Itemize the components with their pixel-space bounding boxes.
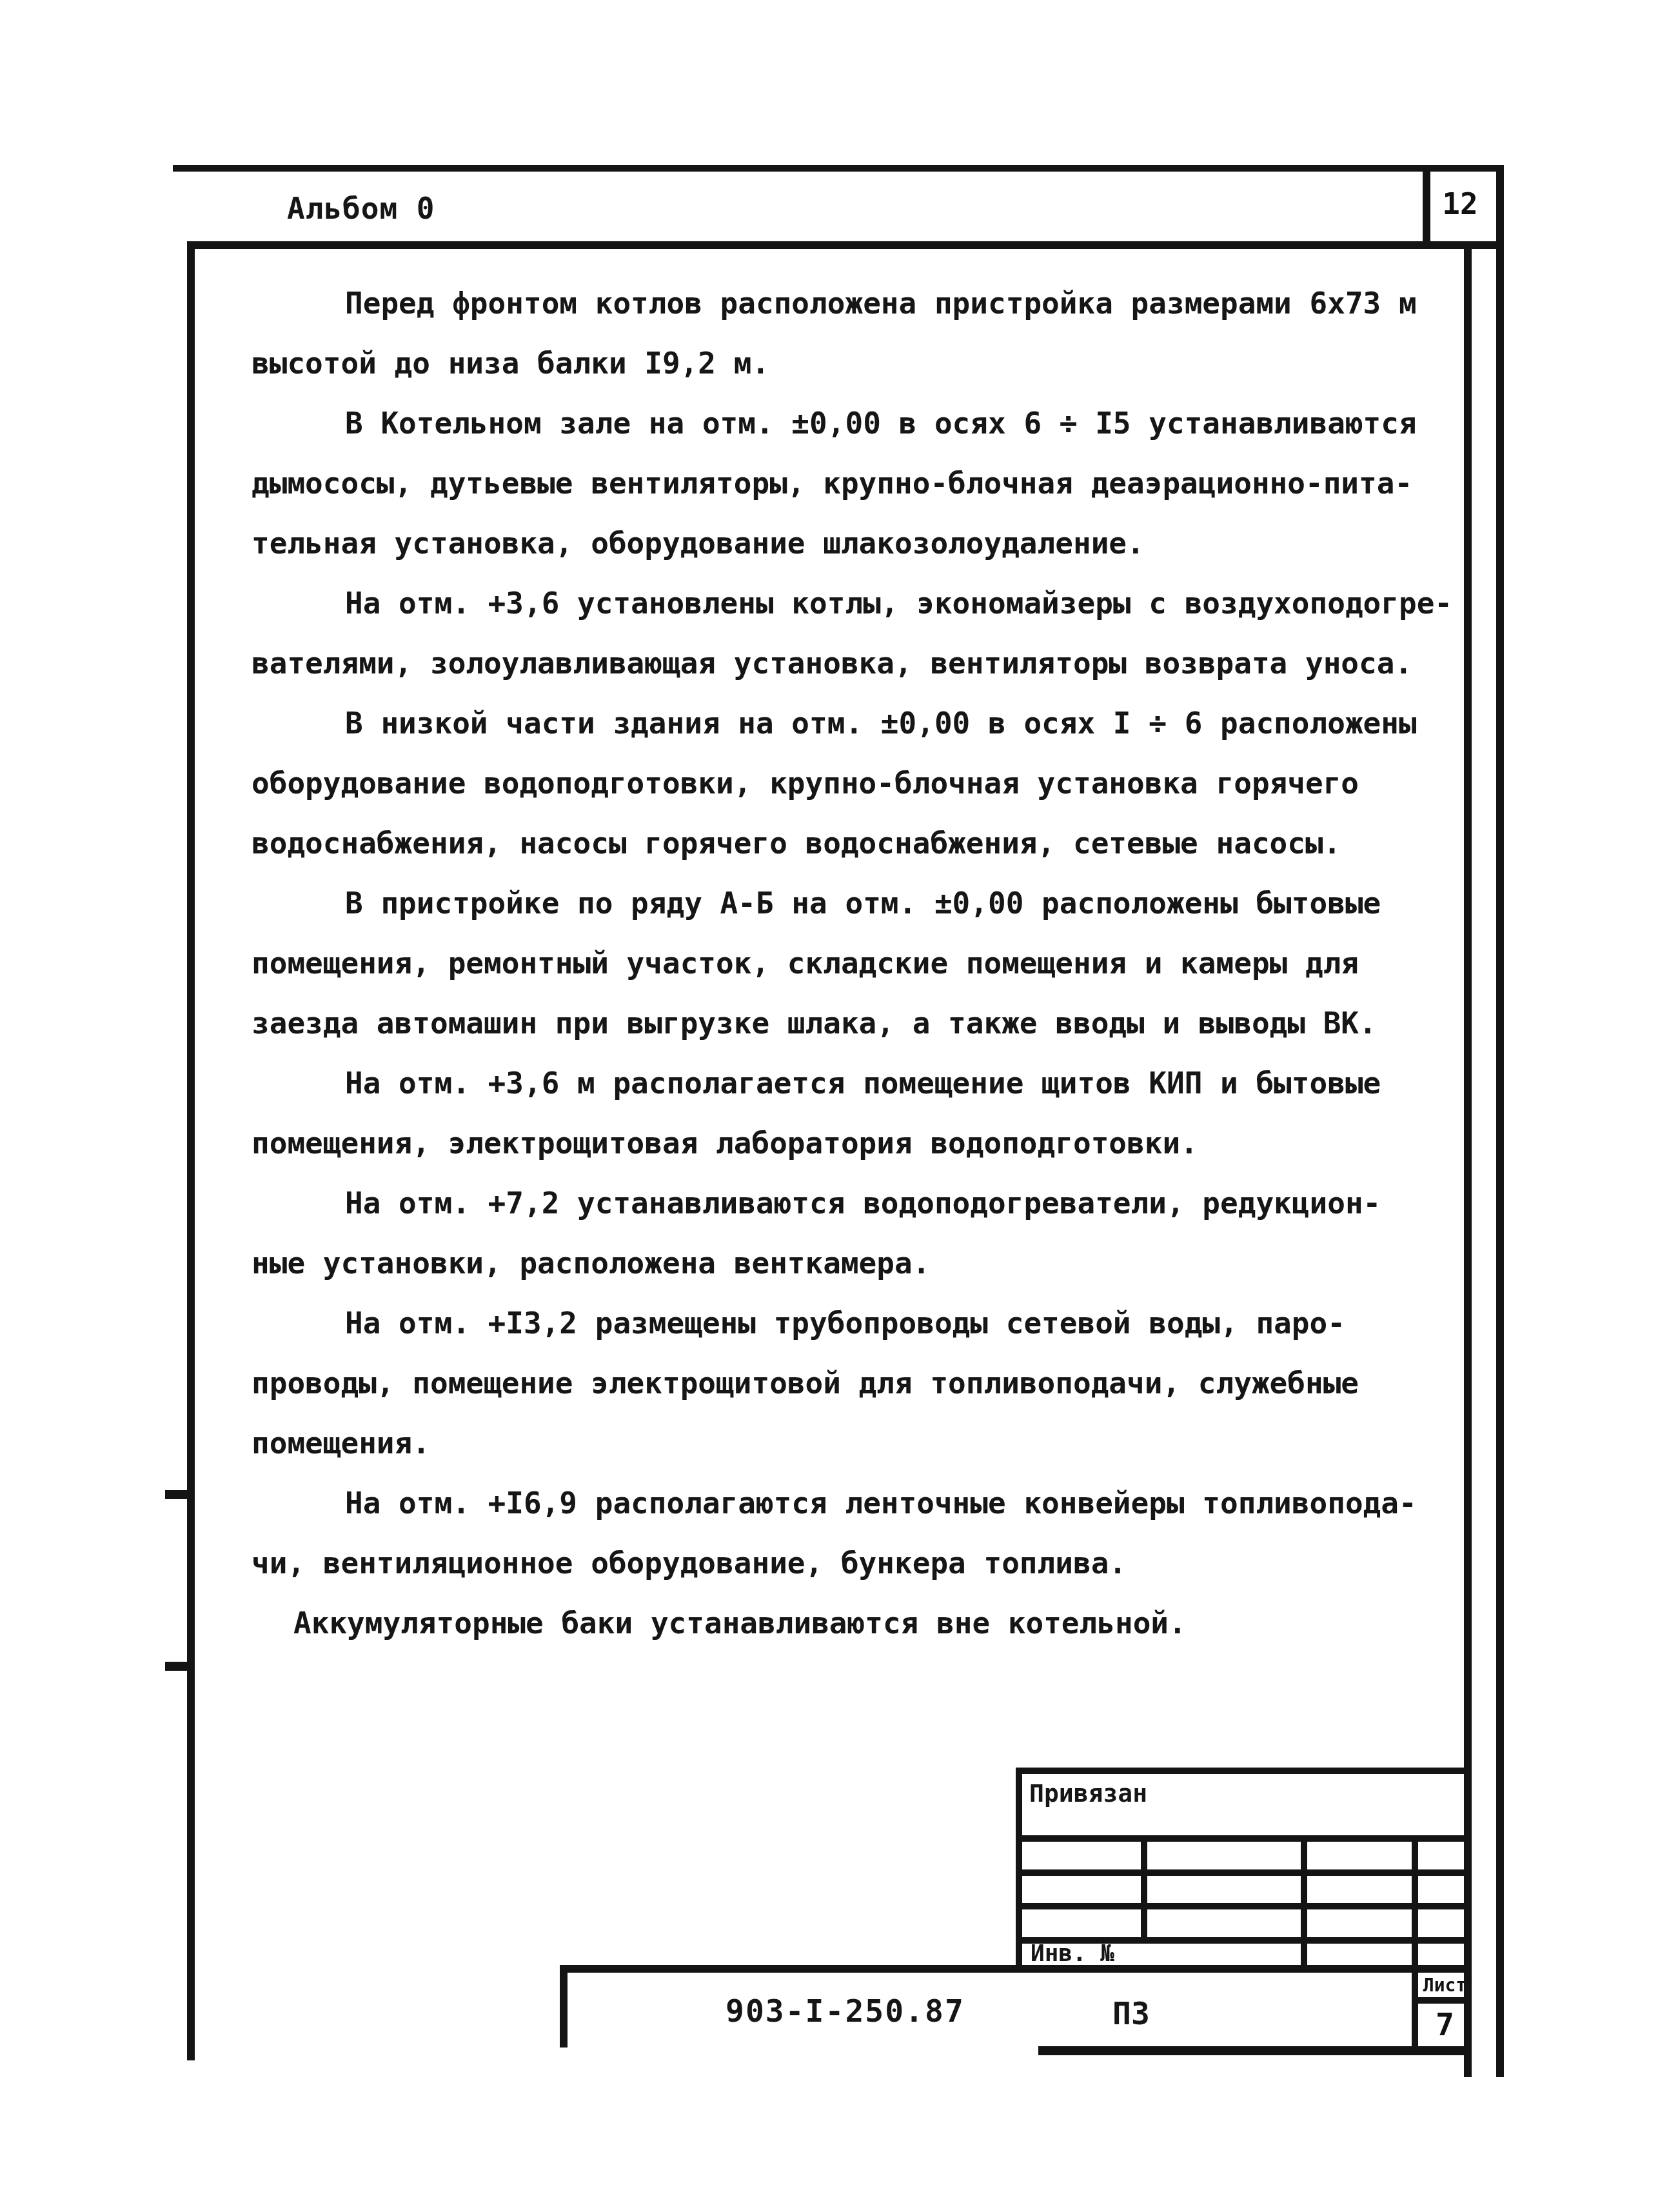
page-number: 12 (1442, 186, 1477, 221)
paragraph: На отм. +7,2 устанавливаются водоподогре… (252, 1173, 1477, 1293)
stamp-row-line-2 (1016, 1869, 1470, 1876)
page-number-box: 12 (1423, 166, 1497, 241)
stamp-top-border (1016, 1768, 1470, 1774)
binding-mark-lower (165, 1662, 195, 1671)
paragraph: Аккумуляторные баки устанавливаются вне … (252, 1593, 1477, 1653)
paragraph: На отм. +3,6 м располагается помещение щ… (252, 1053, 1477, 1173)
docrow-left-border (560, 1965, 568, 2048)
header-top-rule (173, 165, 1503, 172)
stamp-bottom-border (1038, 2046, 1472, 2055)
paragraph: В пристройке по ряду А-Б на отм. ±0,00 р… (252, 873, 1477, 1053)
stamp-column-line-1 (1141, 1835, 1147, 1944)
stamp-row-line-1 (1016, 1835, 1470, 1842)
sheet-label: Лист (1423, 1975, 1467, 1996)
sheet-number: 7 (1436, 2007, 1454, 2043)
stamp-row-line-3 (1016, 1903, 1470, 1909)
body-text: Перед фронтом котлов расположена пристро… (252, 274, 1477, 1653)
stamp-inventory-label: Инв. № (1031, 1940, 1114, 1967)
stamp-docrow-top-line (560, 1965, 1470, 1973)
text-frame-top-border (187, 241, 1503, 249)
stamp-column-line-2 (1301, 1835, 1307, 1973)
stamp-column-line-3 (1412, 1835, 1418, 2046)
text-frame-left-border (187, 241, 195, 2060)
document-number: 903-I-250.87 (726, 1993, 965, 2029)
scanned-document-page: Альбом 0 12 Перед фронтом котлов располо… (0, 0, 1669, 2212)
binding-mark-upper (165, 1490, 195, 1499)
album-title: Альбом 0 (287, 191, 435, 226)
page-right-outer-border (1496, 165, 1504, 2077)
paragraph: В низкой части здания на отм. ±0,00 в ос… (252, 693, 1477, 873)
sheet-label-box: Лист (1418, 1973, 1472, 1997)
paragraph: На отм. +I3,2 размещены трубопроводы сет… (252, 1293, 1477, 1473)
paragraph: На отм. +I6,9 располагаются ленточные ко… (252, 1473, 1477, 1593)
paragraph: Перед фронтом котлов расположена пристро… (252, 274, 1477, 394)
paragraph: В Котельном зале на отм. ±0,00 в осях 6 … (252, 394, 1477, 573)
sheet-number-box: 7 (1418, 2004, 1472, 2046)
sheet-box-divider (1412, 1997, 1472, 2004)
stamp-privyazan-label: Привязан (1029, 1779, 1147, 1808)
document-type-code: ПЗ (1112, 1996, 1150, 2032)
paragraph: На отм. +3,6 установлены котлы, экономай… (252, 573, 1477, 693)
